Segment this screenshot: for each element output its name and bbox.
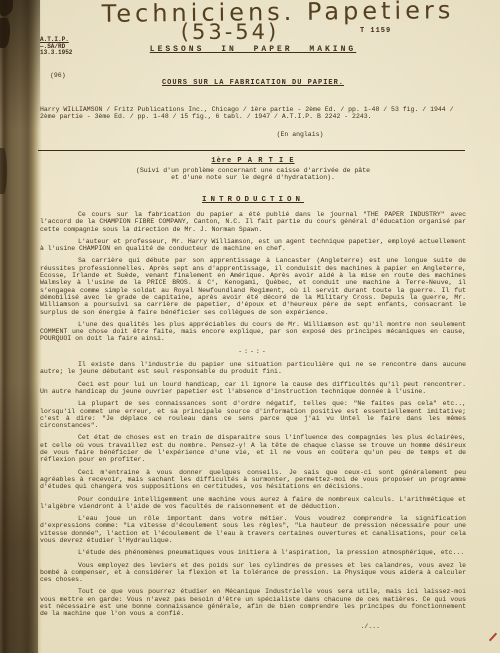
title-english: LESSONS IN PAPER MAKING xyxy=(40,45,466,54)
body-paragraph: Cet état de choses est en train de dispa… xyxy=(40,434,466,463)
body-paragraph: L'eau joue un rôle important dans votre … xyxy=(40,515,466,544)
body-paragraph: Pour conduire intelligemment une machine… xyxy=(40,496,466,511)
body-paragraph: L'une des qualités les plus appréciables… xyxy=(40,321,466,343)
red-pen-mark xyxy=(489,633,497,642)
part-subtitle: (Suivi d'un problème concernant une cais… xyxy=(40,167,466,181)
stamp-number: T 1159 xyxy=(360,27,391,35)
page-number: (96) xyxy=(50,72,66,79)
corner-stain xyxy=(0,148,7,194)
body-paragraph: La plupart de ses connaissances sont d'o… xyxy=(40,400,466,429)
body-paragraph: L'auteur et professeur, Mr. Harry Willia… xyxy=(40,238,466,253)
binding-shadow-bottom xyxy=(0,380,38,653)
language-note: (En anglais) xyxy=(150,131,450,138)
part-heading: 1ère P A R T I E xyxy=(40,157,466,165)
body-paragraph: Sa carrière qui débute par son apprentis… xyxy=(40,257,466,315)
section-heading-introduction: INTRODUCTION xyxy=(40,196,466,204)
end-mark: ./... xyxy=(40,623,466,630)
body-paragraph: L'étude des phénomènes pneumatiques vous… xyxy=(40,549,466,556)
scanned-document-page: Techniciens. Papetiers (53-54) T 1159 A.… xyxy=(0,0,500,653)
body-paragraph: Ceci est pour lui un lourd handicap, car… xyxy=(40,381,466,396)
body-paragraph: Tout ce que vous pourrez étudier en Méca… xyxy=(40,588,466,617)
body-paragraph: Ce cours sur la fabrication du papier a … xyxy=(40,211,466,233)
body-paragraph: Vous employez des leviers et des poids s… xyxy=(40,562,466,584)
handwritten-subtitle: (53-54) xyxy=(130,20,330,44)
horizontal-rule xyxy=(38,150,465,151)
bibliography-text: Harry WILLIAMSON / Fritz Publications In… xyxy=(40,106,466,121)
body-paragraph: Il existe dans l'industrie du papier une… xyxy=(40,361,466,376)
body-paragraph: Ceci m'entraine à vous donner quelques c… xyxy=(40,469,466,491)
title-french: COURS SUR LA FABRICATION DU PAPIER. xyxy=(40,79,466,87)
body-paragraphs: Ce cours sur la fabrication du papier a … xyxy=(40,211,466,635)
separator-mark: -:-:- xyxy=(40,348,466,355)
